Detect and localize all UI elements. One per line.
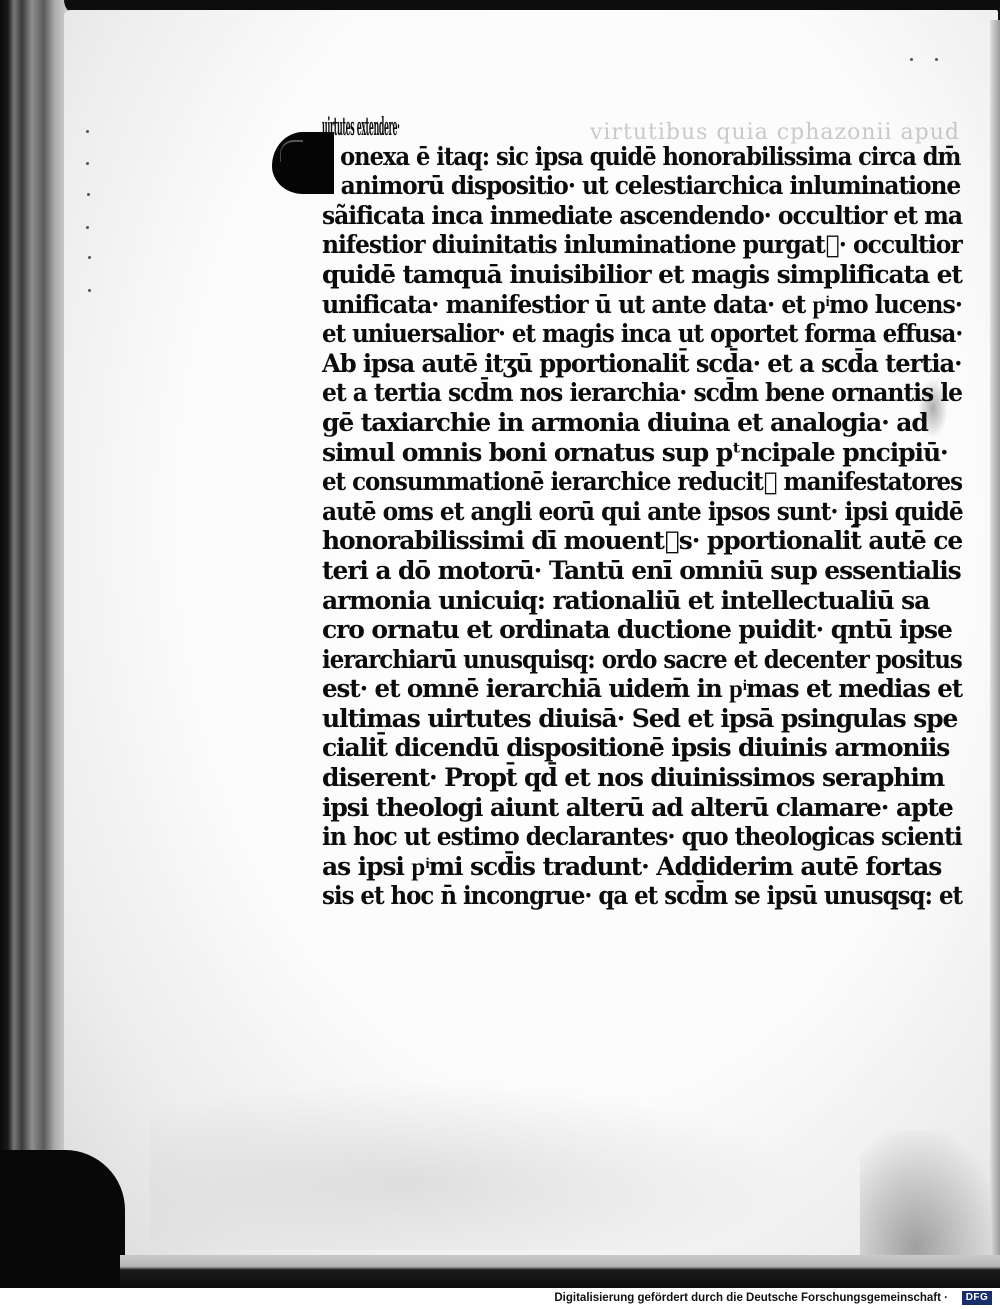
text-line: honorabilissimi dī mouentᷣs· pportionali… [322,526,961,556]
pricking-hole [87,193,90,196]
text-line: ierarchiarū unusquisq: ordo sacre et dec… [322,645,909,675]
footer-bar: Digitalisierung gefördert durch die Deut… [0,1288,1000,1309]
text-line: et uniuersalior· et magis inca ut oporte… [322,319,909,349]
text-line: simul omnis boni ornatus sup pᵗncipale p… [322,438,962,468]
text-line: est· et omnē ierarchiā uidem̄ in pͥmas e… [322,674,951,704]
manuscript-scan: virtutibus quia cphazonii apud uirtutes … [0,0,1000,1288]
initial-highlight [280,140,303,162]
text-line: Ab ipsa autē itʒū pportionalit̄ scd̄a· e… [322,349,942,379]
water-stain-corner [860,1130,1000,1260]
text-line: autē oms et angli eorū qui ante ipsos su… [322,497,918,527]
text-line: sãificata inca inmediate ascendendo· occ… [322,201,921,231]
pricking-hole [88,256,91,259]
text-line: ipsi theologi aiunt alterū ad alterū cla… [322,793,962,823]
text-line: as ipsi pͥmi scd̄is tradunt· Addiderim a… [322,852,962,882]
text-line: cro ornatu et ordinata ductione puidit· … [322,615,962,645]
funding-credit: Digitalisierung gefördert durch die Deut… [554,1292,948,1304]
text-line: uirtutes extendere· [322,112,522,142]
text-line: cialit̄ dicendū dispositionē ipsis diuin… [322,733,962,763]
pricking-hole [86,162,89,165]
text-line: unificata· manifestior ū ut ante data· e… [322,290,928,320]
pricking-hole [88,289,91,292]
pricking-hole [935,58,938,61]
page-right-edge [990,20,1000,1280]
dfg-logo-icon: DFG [962,1291,992,1305]
manuscript-text-block: uirtutes extendere· onexa ē itaq: sic ip… [322,112,962,911]
text-line: et a tertia scd̄m nos ierarchia· scd̄m b… [322,378,922,408]
binding-clasp [0,1150,125,1288]
text-line: onexa ē itaq: sic ipsa quidē honorabilis… [322,142,901,172]
text-line: ultimas uirtutes diuisā· Sed et ipsā psi… [322,704,962,734]
text-line: quidē tamquā inuisibilior et magis simpl… [322,260,961,290]
pricking-hole [86,226,89,229]
text-line: diserent· Propt̄ qd̄ et nos diuinissimos… [322,763,962,793]
text-line: sis et hoc n̄ incongrue· qa et scd̄m se … [322,881,908,911]
pricking-hole [910,58,913,61]
water-stain [150,1080,800,1250]
text-line: in hoc ut estimo declarantes· quo theolo… [322,822,921,852]
text-line: teri a dō motorū· Tantū enī omniū sup es… [322,556,962,586]
page-bottom-edge [120,1255,1000,1288]
text-line: gē taxiarchie in armonia diuina et analo… [322,408,962,438]
text-line: animorū dispositio· ut celestiarchica in… [322,171,918,201]
book-binding [0,0,72,1288]
pricking-hole [86,130,89,133]
text-line: nifestior diuinitatis inluminatione purg… [322,230,922,260]
text-line: armonia unicuiq: rationaliū et intellect… [322,586,962,616]
text-line: et consummationē ierarchice reducitᷣ man… [322,467,908,497]
